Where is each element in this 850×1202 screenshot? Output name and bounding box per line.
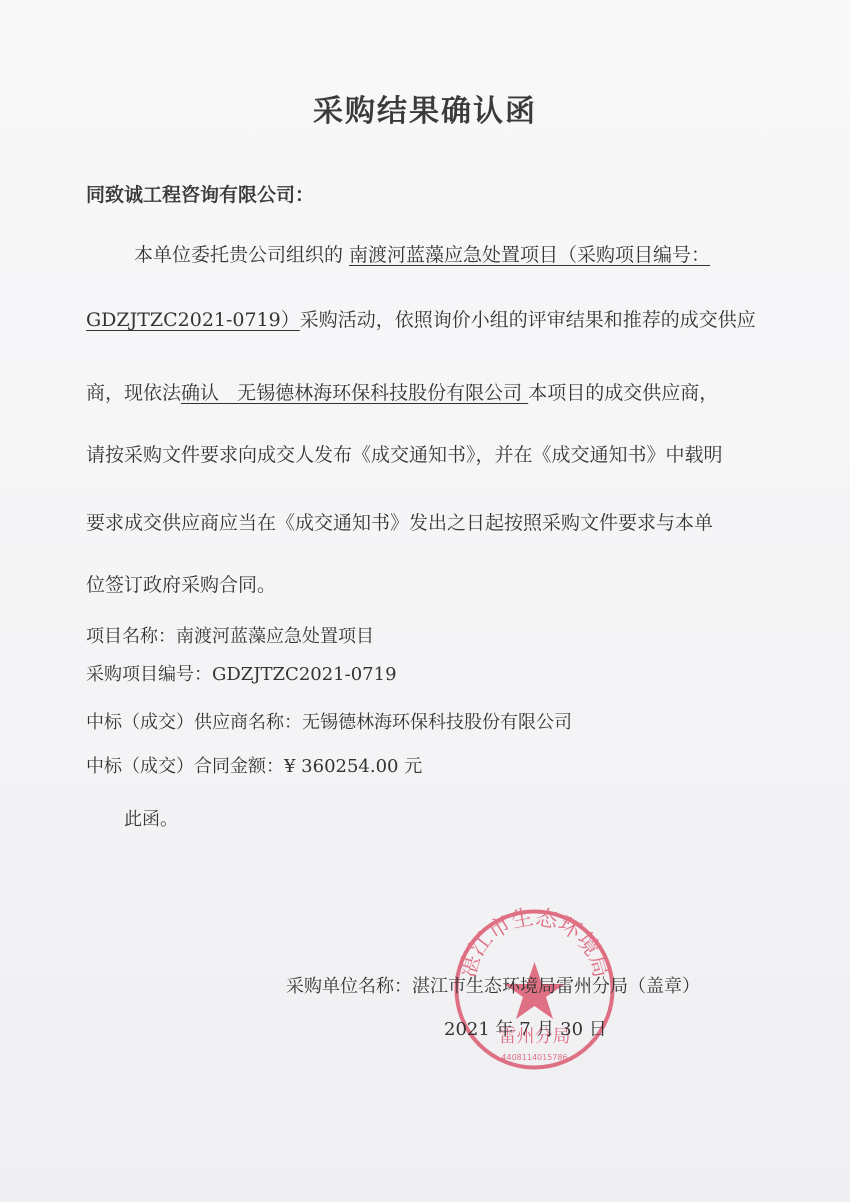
field-project-name: 项目名称：南渡河蓝藻应急处置项目	[86, 622, 374, 648]
body-text: 本项目的成交供应商，	[528, 382, 718, 404]
body-line-4: 请按采购文件要求向成交人发布《成交通知书》，并在《成交通知书》中载明	[86, 440, 723, 467]
body-text: 商，现依法	[86, 382, 181, 404]
field-amount: 中标（成交）合同金额：¥ 360254.00 元	[86, 752, 422, 778]
supplier-underlined: 确认 无锡德林海环保科技股份有限公司	[181, 382, 528, 404]
project-name-underlined: 南渡河蓝藻应急处置项目（采购项目编号：	[349, 244, 710, 266]
svg-text:4408114015786: 4408114015786	[501, 1053, 567, 1062]
field-supplier: 中标（成交）供应商名称：无锡德林海环保科技股份有限公司	[86, 708, 572, 734]
project-number-underlined: GDZJTZC2021-0719）	[86, 309, 300, 331]
date: 2021 年 7 月 30 日	[444, 1015, 607, 1041]
addressee: 同致诚工程咨询有限公司：	[86, 180, 314, 207]
signature-line: 采购单位名称：湛江市生态环境局雷州分局（盖章）	[286, 972, 700, 998]
body-text: 采购活动，依照询价小组的评审结果和推荐的成交供应	[300, 309, 756, 331]
field-project-number: 采购项目编号：GDZJTZC2021-0719	[86, 660, 397, 686]
document-title: 采购结果确认函	[0, 86, 850, 130]
body-line-5: 要求成交供应商应当在《成交通知书》发出之日起按照采购文件要求与本单	[86, 508, 713, 535]
closing: 此函。	[124, 805, 178, 831]
body-line-6: 位签订政府采购合同。	[86, 570, 276, 597]
document-page: 采购结果确认函 同致诚工程咨询有限公司： 本单位委托贵公司组织的 南渡河蓝藻应急…	[0, 0, 850, 1202]
body-text: 本单位委托贵公司组织的	[134, 244, 349, 266]
body-line-3: 商，现依法确认 无锡德林海环保科技股份有限公司 本项目的成交供应商，	[86, 378, 718, 405]
body-line-2: GDZJTZC2021-0719）采购活动，依照询价小组的评审结果和推荐的成交供…	[86, 305, 756, 332]
body-line-1: 本单位委托贵公司组织的 南渡河蓝藻应急处置项目（采购项目编号：	[134, 240, 710, 267]
